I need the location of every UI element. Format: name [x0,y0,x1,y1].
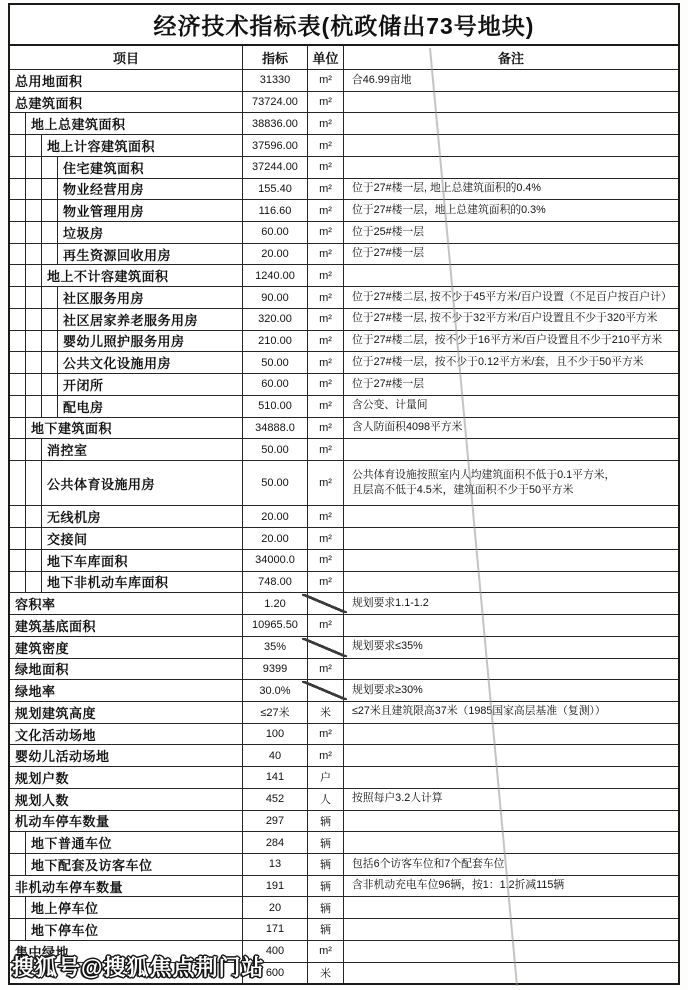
table-row: 婴幼儿活动场地40m² [10,744,678,766]
table-row: 开闭所60.00m²位于27#楼一层 [10,373,678,395]
unit-cell: m² [308,439,344,460]
row-label: 地上计容建筑面积 [42,135,242,156]
table-row: 建筑基底面积10965.50m² [10,614,678,636]
value-cell: 320.00 [243,309,308,330]
indent-guide [26,550,42,571]
unit-cell: 辆 [308,919,344,940]
indent-guide [10,374,26,395]
table-row: 地下停车位171辆 [10,918,678,940]
note-cell: 位于27#楼一层, 地上总建筑面积的0.4% [344,179,678,200]
item-cell: 文化活动场地 [10,724,243,745]
table-row: 社区服务用房90.00m²位于27#楼二层, 按不少于45平方米/百户设置（不足… [10,286,678,308]
indent-guide [10,244,26,265]
unit-cell: m² [308,331,344,352]
note-cell [344,897,678,918]
row-label: 垃圾房 [58,222,242,243]
unit-cell: m² [308,659,344,680]
value-cell: 10965.50 [243,615,308,636]
item-cell: 地下配套及访客车位 [10,854,243,875]
note-cell [344,550,678,571]
value-cell: 20 [243,897,308,918]
item-cell: 地下普通车位 [10,832,243,853]
unit-cell: m² [308,157,344,178]
indent-guide [42,157,58,178]
item-cell: 地下停车位 [10,919,243,940]
unit-cell: m² [308,528,344,549]
value-cell: 37596.00 [243,135,308,156]
indent-guide [42,244,58,265]
note-cell: 合46.99亩地 [344,70,678,91]
item-cell: 规划人数 [10,789,243,810]
indent-guide [10,135,26,156]
row-label: 总用地面积 [10,70,242,91]
note-cell: 位于27#楼二层, 按不少于45平方米/百户设置（不足百户按百户计） [344,287,678,308]
indent-guide [10,200,26,221]
item-cell: 公共体育设施用房 [10,461,243,506]
value-cell: 34888.0 [243,418,308,439]
item-cell: 地下建筑面积 [10,418,243,439]
table-row: 规划户数141户 [10,766,678,788]
unit-cell: m² [308,352,344,373]
unit-cell: m² [308,70,344,91]
row-label: 规划户数 [10,767,242,788]
row-label: 地下车库面积 [42,550,242,571]
item-cell: 婴幼儿活动场地 [10,745,243,766]
item-cell: 配电房 [10,396,243,417]
item-cell: 社区居家养老服务用房 [10,309,243,330]
unit-cell: 辆 [308,876,344,897]
note-cell [344,963,678,984]
note-cell: 位于27#楼一层 [344,244,678,265]
unit-cell: m² [308,222,344,243]
row-label: 绿地率 [10,680,242,701]
table-row: 地下配套及访客车位13辆包括6个访客车位和7个配套车位 [10,853,678,875]
unit-slash-cell [308,637,344,658]
value-cell: 35% [243,637,308,658]
item-cell: 无线机房 [10,506,243,527]
item-cell: 垃圾房 [10,222,243,243]
unit-cell: m² [308,572,344,593]
indent-guide [26,157,42,178]
value-cell: 20.00 [243,244,308,265]
value-cell: ≤27米 [243,702,308,723]
note-cell [344,113,678,134]
table-row: 地下建筑面积34888.0m²含人防面积4098平方米 [10,417,678,439]
indent-guide [26,179,42,200]
table-row: 无线机房20.00m² [10,505,678,527]
note-cell: 含人防面积4098平方米 [344,418,678,439]
row-label: 社区居家养老服务用房 [58,309,242,330]
row-label: 规划人数 [10,789,242,810]
table-row: 公共体育设施用房50.00m²公共体育设施按照室内人均建筑面积不低于0.1平方米… [10,460,678,506]
note-cell: ≤27米且建筑限高37米（1985国家高层基准（复测）） [344,702,678,723]
table-row: 物业管理用房116.60m²位于27#楼一层，地上总建筑面积的0.3% [10,199,678,221]
indent-guide [10,265,26,286]
item-cell: 地上停车位 [10,897,243,918]
indicator-table: 经济技术指标表(杭政储出73号地块) 项目 指标 单位 备注 总用地面积3133… [8,3,680,985]
table-row: 文化活动场地100m² [10,723,678,745]
indent-guide [26,396,42,417]
row-label: 社区服务用房 [58,287,242,308]
indent-guide [10,461,26,506]
indent-guide [10,550,26,571]
note-cell [344,919,678,940]
column-header-note: 备注 [344,46,678,69]
row-label: 地下配套及访客车位 [26,854,242,875]
indent-guide [10,897,26,918]
unit-cell: 辆 [308,811,344,832]
indent-guide [26,352,42,373]
indent-guide [26,265,42,286]
table-row: 绿地面积9399m² [10,658,678,680]
indent-guide [26,287,42,308]
item-cell: 总建筑面积 [10,92,243,113]
unit-cell: m² [308,265,344,286]
indent-guide [42,396,58,417]
value-cell: 116.60 [243,200,308,221]
value-cell: 452 [243,789,308,810]
value-cell: 37244.00 [243,157,308,178]
row-label: 配电房 [58,396,242,417]
table-body: 总用地面积31330m²合46.99亩地总建筑面积73724.00m²地上总建筑… [10,69,678,983]
item-cell: 地下车库面积 [10,550,243,571]
table-row: 物业经营用房155.40m²位于27#楼一层, 地上总建筑面积的0.4% [10,178,678,200]
row-label: 容积率 [10,593,242,614]
unit-cell: m² [308,179,344,200]
table-row: 规划建筑高度≤27米米≤27米且建筑限高37米（1985国家高层基准（复测）） [10,701,678,723]
unit-cell: m² [308,724,344,745]
item-cell: 规划户数 [10,767,243,788]
indent-guide [26,506,42,527]
column-header-value: 指标 [243,46,308,69]
note-cell: 位于27#楼一层 [344,374,678,395]
value-cell: 191 [243,876,308,897]
row-label: 公共体育设施用房 [42,461,242,506]
indent-guide [10,854,26,875]
table-row: 容积率1.20规划要求1.1-1.2 [10,592,678,614]
item-cell: 社区服务用房 [10,287,243,308]
value-cell: 50.00 [243,352,308,373]
value-cell: 100 [243,724,308,745]
unit-cell: m² [308,135,344,156]
value-cell: 34000.0 [243,550,308,571]
row-label: 地上不计容建筑面积 [42,265,242,286]
unit-cell: m² [308,506,344,527]
note-cell [344,811,678,832]
item-cell: 婴幼儿照护服务用房 [10,331,243,352]
unit-cell: m² [308,200,344,221]
table-row: 机动车停车数量297辆 [10,810,678,832]
unit-slash-cell [308,593,344,614]
table-header: 项目 指标 单位 备注 [10,46,678,69]
note-cell [344,92,678,113]
note-cell: 位于25#楼一层 [344,222,678,243]
note-cell: 位于27#楼一层，地上总建筑面积的0.3% [344,200,678,221]
note-cell: 含公变、计量间 [344,396,678,417]
item-cell: 再生资源回收用房 [10,244,243,265]
indent-guide [10,832,26,853]
note-cell [344,767,678,788]
unit-cell: m² [308,244,344,265]
item-cell: 绿地率 [10,680,243,701]
unit-cell: 米 [308,963,344,984]
table-row: 社区居家养老服务用房320.00m²位于27#楼一层, 按不少于32平方米/百户… [10,308,678,330]
column-header-unit: 单位 [308,46,344,69]
value-cell: 141 [243,767,308,788]
value-cell: 9399 [243,659,308,680]
note-cell [344,439,678,460]
table-row: 地上总建筑面积38836.00m² [10,112,678,134]
value-cell: 90.00 [243,287,308,308]
unit-cell: m² [308,374,344,395]
unit-cell: m² [308,418,344,439]
table-row: 消控室50.00m² [10,438,678,460]
note-cell: 公共体育设施按照室内人均建筑面积不低于0.1平方米， 且层高不低于4.5米，建筑… [344,461,678,506]
note-cell: 规划要求≥30% [344,680,678,701]
value-cell: 60.00 [243,374,308,395]
indent-guide [26,461,42,506]
indent-guide [26,374,42,395]
item-cell: 交接间 [10,528,243,549]
table-row: 地下普通车位284辆 [10,831,678,853]
row-label: 文化活动场地 [10,724,242,745]
item-cell: 非机动车停车数量 [10,876,243,897]
note-cell [344,572,678,593]
row-label: 地上停车位 [26,897,242,918]
note-cell [344,265,678,286]
indent-guide [42,179,58,200]
table-row: 地下车库面积34000.0m² [10,549,678,571]
value-cell: 73724.00 [243,92,308,113]
indent-guide [26,528,42,549]
row-label: 规划建筑高度 [10,702,242,723]
note-cell: 规划要求≤35% [344,637,678,658]
indent-guide [42,222,58,243]
row-label: 地上总建筑面积 [26,113,242,134]
column-header-item: 项目 [10,46,243,69]
row-label: 物业管理用房 [58,200,242,221]
unit-cell: m² [308,615,344,636]
row-label: 开闭所 [58,374,242,395]
row-label: 无线机房 [42,506,242,527]
table-row: 绿地率30.0%规划要求≥30% [10,679,678,701]
row-label: 地下非机动车库面积 [42,572,242,593]
table-row: 交接间20.00m² [10,527,678,549]
value-cell: 20.00 [243,506,308,527]
unit-cell: 辆 [308,897,344,918]
indent-guide [10,528,26,549]
indent-guide [10,919,26,940]
row-label: 住宅建筑面积 [58,157,242,178]
table-row: 再生资源回收用房20.00m²位于27#楼一层 [10,243,678,265]
value-cell: 284 [243,832,308,853]
unit-slash-cell [308,680,344,701]
table-row: 公共文化设施用房50.00m²位于27#楼一层，按不少于0.12平方米/套，且不… [10,351,678,373]
note-cell: 按照每户3.2人计算 [344,789,678,810]
item-cell: 物业管理用房 [10,200,243,221]
scanned-document-page: 经济技术指标表(杭政储出73号地块) 项目 指标 单位 备注 总用地面积3133… [0,0,688,990]
unit-cell: m² [308,461,344,506]
indent-guide [10,572,26,593]
indent-guide [10,396,26,417]
note-cell [344,745,678,766]
table-row: 地上计容建筑面积37596.00m² [10,134,678,156]
row-label: 婴幼儿活动场地 [10,745,242,766]
indent-guide [42,200,58,221]
note-cell [344,615,678,636]
indent-guide [10,222,26,243]
indent-guide [10,418,26,439]
row-label: 婴幼儿照护服务用房 [58,331,242,352]
unit-cell: m² [308,745,344,766]
note-cell: 位于27#楼二层，按不少于16平方米/百户设置且不少于210平方米 [344,331,678,352]
note-cell [344,157,678,178]
value-cell: 40 [243,745,308,766]
unit-cell: m² [308,92,344,113]
indent-guide [10,309,26,330]
row-label: 地下普通车位 [26,832,242,853]
unit-cell: 户 [308,767,344,788]
note-cell [344,528,678,549]
table-row: 建筑密度35%规划要求≤35% [10,636,678,658]
note-cell [344,506,678,527]
value-cell: 748.00 [243,572,308,593]
unit-cell: m² [308,941,344,962]
indent-guide [10,157,26,178]
unit-cell: 人 [308,789,344,810]
table-row: 垃圾房60.00m²位于25#楼一层 [10,221,678,243]
table-row: 婴幼儿照护服务用房210.00m²位于27#楼二层，按不少于16平方米/百户设置… [10,330,678,352]
value-cell: 13 [243,854,308,875]
item-cell: 地上总建筑面积 [10,113,243,134]
unit-cell: m² [308,309,344,330]
indent-guide [26,222,42,243]
value-cell: 30.0% [243,680,308,701]
item-cell: 绿地面积 [10,659,243,680]
value-cell: 1.20 [243,593,308,614]
indent-guide [26,244,42,265]
value-cell: 50.00 [243,439,308,460]
item-cell: 容积率 [10,593,243,614]
unit-cell: m² [308,396,344,417]
note-cell [344,832,678,853]
indent-guide [42,309,58,330]
table-row: 规划人数452人按照每户3.2人计算 [10,788,678,810]
row-label: 建筑密度 [10,637,242,658]
indent-guide [42,287,58,308]
indent-guide [10,179,26,200]
unit-cell: m² [308,550,344,571]
table-row: 地上不计容建筑面积1240.00m² [10,264,678,286]
note-cell [344,724,678,745]
note-cell [344,659,678,680]
unit-cell: 辆 [308,854,344,875]
indent-guide [42,331,58,352]
value-cell: 38836.00 [243,113,308,134]
watermark: 搜狐号@搜狐焦点荆门站 [12,951,264,982]
indent-guide [26,572,42,593]
indent-guide [10,331,26,352]
table-row: 配电房510.00m²含公变、计量间 [10,395,678,417]
item-cell: 物业经营用房 [10,179,243,200]
row-label: 公共文化设施用房 [58,352,242,373]
table-row: 地下非机动车库面积748.00m² [10,571,678,593]
value-cell: 297 [243,811,308,832]
item-cell: 住宅建筑面积 [10,157,243,178]
row-label: 再生资源回收用房 [58,244,242,265]
indent-guide [42,352,58,373]
value-cell: 171 [243,919,308,940]
unit-cell: m² [308,287,344,308]
note-cell [344,941,678,962]
row-label: 物业经营用房 [58,179,242,200]
row-label: 消控室 [42,439,242,460]
indent-guide [26,135,42,156]
note-cell: 位于27#楼一层，按不少于0.12平方米/套，且不少于50平方米 [344,352,678,373]
value-cell: 31330 [243,70,308,91]
indent-guide [42,374,58,395]
table-row: 住宅建筑面积37244.00m² [10,156,678,178]
row-label: 机动车停车数量 [10,811,242,832]
value-cell: 155.40 [243,179,308,200]
item-cell: 地上不计容建筑面积 [10,265,243,286]
item-cell: 地下非机动车库面积 [10,572,243,593]
value-cell: 60.00 [243,222,308,243]
row-label: 总建筑面积 [10,92,242,113]
value-cell: 50.00 [243,461,308,506]
value-cell: 1240.00 [243,265,308,286]
indent-guide [26,309,42,330]
table-row: 总建筑面积73724.00m² [10,91,678,113]
unit-cell: m² [308,113,344,134]
row-label: 非机动车停车数量 [10,876,242,897]
table-title: 经济技术指标表(杭政储出73号地块) [10,5,678,46]
indent-guide [10,506,26,527]
note-cell [344,135,678,156]
indent-guide [10,352,26,373]
table-row: 非机动车停车数量191辆含非机动充电车位96辆，按1：1.2折减115辆 [10,875,678,897]
item-cell: 消控室 [10,439,243,460]
unit-cell: 辆 [308,832,344,853]
note-cell: 含非机动充电车位96辆，按1：1.2折减115辆 [344,876,678,897]
item-cell: 地上计容建筑面积 [10,135,243,156]
row-label: 地下停车位 [26,919,242,940]
indent-guide [10,439,26,460]
unit-cell: 米 [308,702,344,723]
value-cell: 510.00 [243,396,308,417]
table-row: 地上停车位20辆 [10,896,678,918]
row-label: 交接间 [42,528,242,549]
indent-guide [26,200,42,221]
row-label: 绿地面积 [10,659,242,680]
value-cell: 210.00 [243,331,308,352]
indent-guide [10,113,26,134]
value-cell: 20.00 [243,528,308,549]
note-cell: 包括6个访客车位和7个配套车位 [344,854,678,875]
item-cell: 开闭所 [10,374,243,395]
item-cell: 规划建筑高度 [10,702,243,723]
item-cell: 机动车停车数量 [10,811,243,832]
item-cell: 建筑基底面积 [10,615,243,636]
row-label: 建筑基底面积 [10,615,242,636]
indent-guide [26,439,42,460]
item-cell: 公共文化设施用房 [10,352,243,373]
indent-guide [10,287,26,308]
note-cell: 位于27#楼一层, 按不少于32平方米/百户设置且不少于320平方米 [344,309,678,330]
note-cell: 规划要求1.1-1.2 [344,593,678,614]
indent-guide [26,331,42,352]
row-label: 地下建筑面积 [26,418,242,439]
